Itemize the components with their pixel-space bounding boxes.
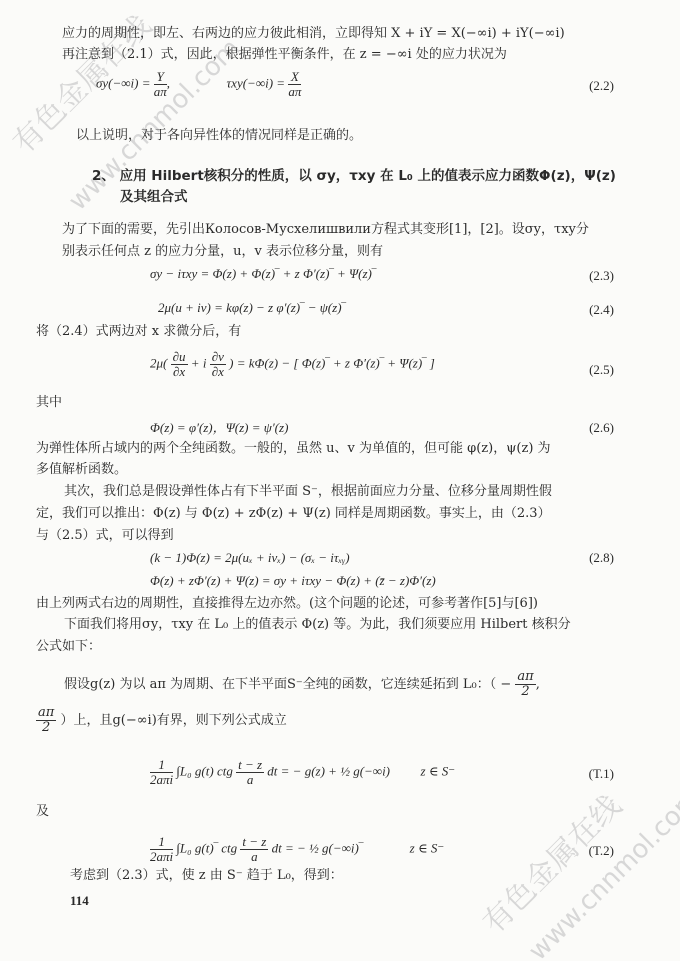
text-line: 其中 xyxy=(36,395,62,411)
fraction: Yaπ xyxy=(154,70,167,99)
equation-T1: 12aπi ∫L₀ g(t) ctg t − za dt = − g(z) + … xyxy=(150,758,455,787)
text-line: 公式如下： xyxy=(36,639,101,655)
fraction: Xaπ xyxy=(288,70,301,99)
text-line: 与（2.5）式，可以得到 xyxy=(36,528,174,544)
text-line: 别表示任何点 z 的应力分量，u，v 表示位移分量，则有 xyxy=(62,244,383,260)
text-line: 定，我们可以推出：Φ(z) 与 Φ(z) + zΦ(z) + Ψ(z) 同样是周… xyxy=(36,506,551,522)
text-line: 由上列两式右边的周期性，直接推得左边亦然。(这个问题的论述，可参考著作[5]与[… xyxy=(36,596,538,612)
equation-2-6: Φ(z) = φ′(z)，Ψ(z) = ψ′(z) xyxy=(150,420,288,436)
equation-number: (2.5) xyxy=(589,362,614,378)
equation-number: (2.4) xyxy=(589,302,614,318)
equation-number: (2.3) xyxy=(589,268,614,284)
equation-number: (2.2) xyxy=(589,78,614,94)
text-line: 多值解析函数。 xyxy=(36,462,127,478)
text-line: 及 xyxy=(36,804,49,820)
equation-T2: 12aπi ∫L₀ g(t)‾ ctg t − za dt = − ½ g(−∞… xyxy=(150,835,444,864)
text-line: 为了下面的需要，先引出Колосов-Мусхелишвили方程式其变形[1]… xyxy=(62,222,589,238)
equation-2-9: Φ(z) + zΦ′(z) + Ψ(z) = σy + iτxy − Φ(z) … xyxy=(150,573,436,589)
eq-part: τxy(−∞i) = xyxy=(227,75,286,90)
equation-number: (2.8) xyxy=(589,550,614,566)
text-line: 应力的周期性，即左、右两边的应力彼此相消，立即得知 X + iY = X(−∞i… xyxy=(62,26,565,42)
page-number: 114 xyxy=(70,893,89,909)
text-line: 其次，我们总是假设弹性体占有下半平面 S⁻，根据前面应力分量、位移分量周期性假 xyxy=(64,484,552,500)
equation-2-4: 2μ(u + iv) = kφ(z) − z φ′(z)‾ − ψ(z)‾ xyxy=(158,300,346,316)
text-line: 下面我们将用σy，τxy 在 L₀ 上的值表示 Φ(z) 等。为此，我们须要应用… xyxy=(64,617,571,633)
equation-number: (T.2) xyxy=(589,843,614,859)
equation-2-8: (k − 1)Φ(z) = 2μ(uₓ + ivₓ) − (σₓ − iτₓᵧ) xyxy=(150,550,350,566)
equation-2-2: σy(−∞i) = Yaπ, τxy(−∞i) = Xaπ xyxy=(96,70,301,99)
section-heading-cont: 及其组合式 xyxy=(120,189,188,205)
eq-part: σy(−∞i) = xyxy=(96,75,151,90)
text-line: 再注意到（2.1）式，因此，根据弹性平衡条件，在 z = −∞i 处的应力状况为 xyxy=(62,47,507,63)
text-line: aπ2 ）上，且g(−∞i)有界，则下列公式成立 xyxy=(36,706,287,735)
text-line: 将（2.4）式两边对 x 求微分后，有 xyxy=(36,324,241,340)
section-heading: 2、 应用 Hilbert核积分的性质，以 σy，τxy 在 L₀ 上的值表示应… xyxy=(92,168,616,184)
text-line: 考虑到（2.3）式，使 z 由 S⁻ 趋于 L₀，得到： xyxy=(70,868,343,884)
equation-number: (T.1) xyxy=(589,766,614,782)
text-line: 为弹性体所占域内的两个全纯函数。一般的，虽然 u、v 为单值的，但可能 φ(z)… xyxy=(36,441,551,457)
equation-2-3: σy − iτxy = Φ(z) + Φ(z)‾ + z Φ′(z)‾ + Ψ(… xyxy=(150,266,376,282)
equation-number: (2.6) xyxy=(589,420,614,436)
text-line: 以上说明，对于各向异性体的情况同样是正确的。 xyxy=(76,128,362,144)
equation-2-5: 2μ( ∂u∂x + i ∂v∂x ) = kΦ(z) − [ Φ(z)‾ + … xyxy=(150,350,435,379)
text-line: 假设g(z) 为以 aπ 为周期、在下半平面S⁻全纯的函数，它连续延拓到 L₀：… xyxy=(64,670,540,699)
watermark-url-bottom: www.cnnmol.com xyxy=(523,783,680,961)
watermark-cn-bottom: 有色金属在线 xyxy=(471,783,629,941)
